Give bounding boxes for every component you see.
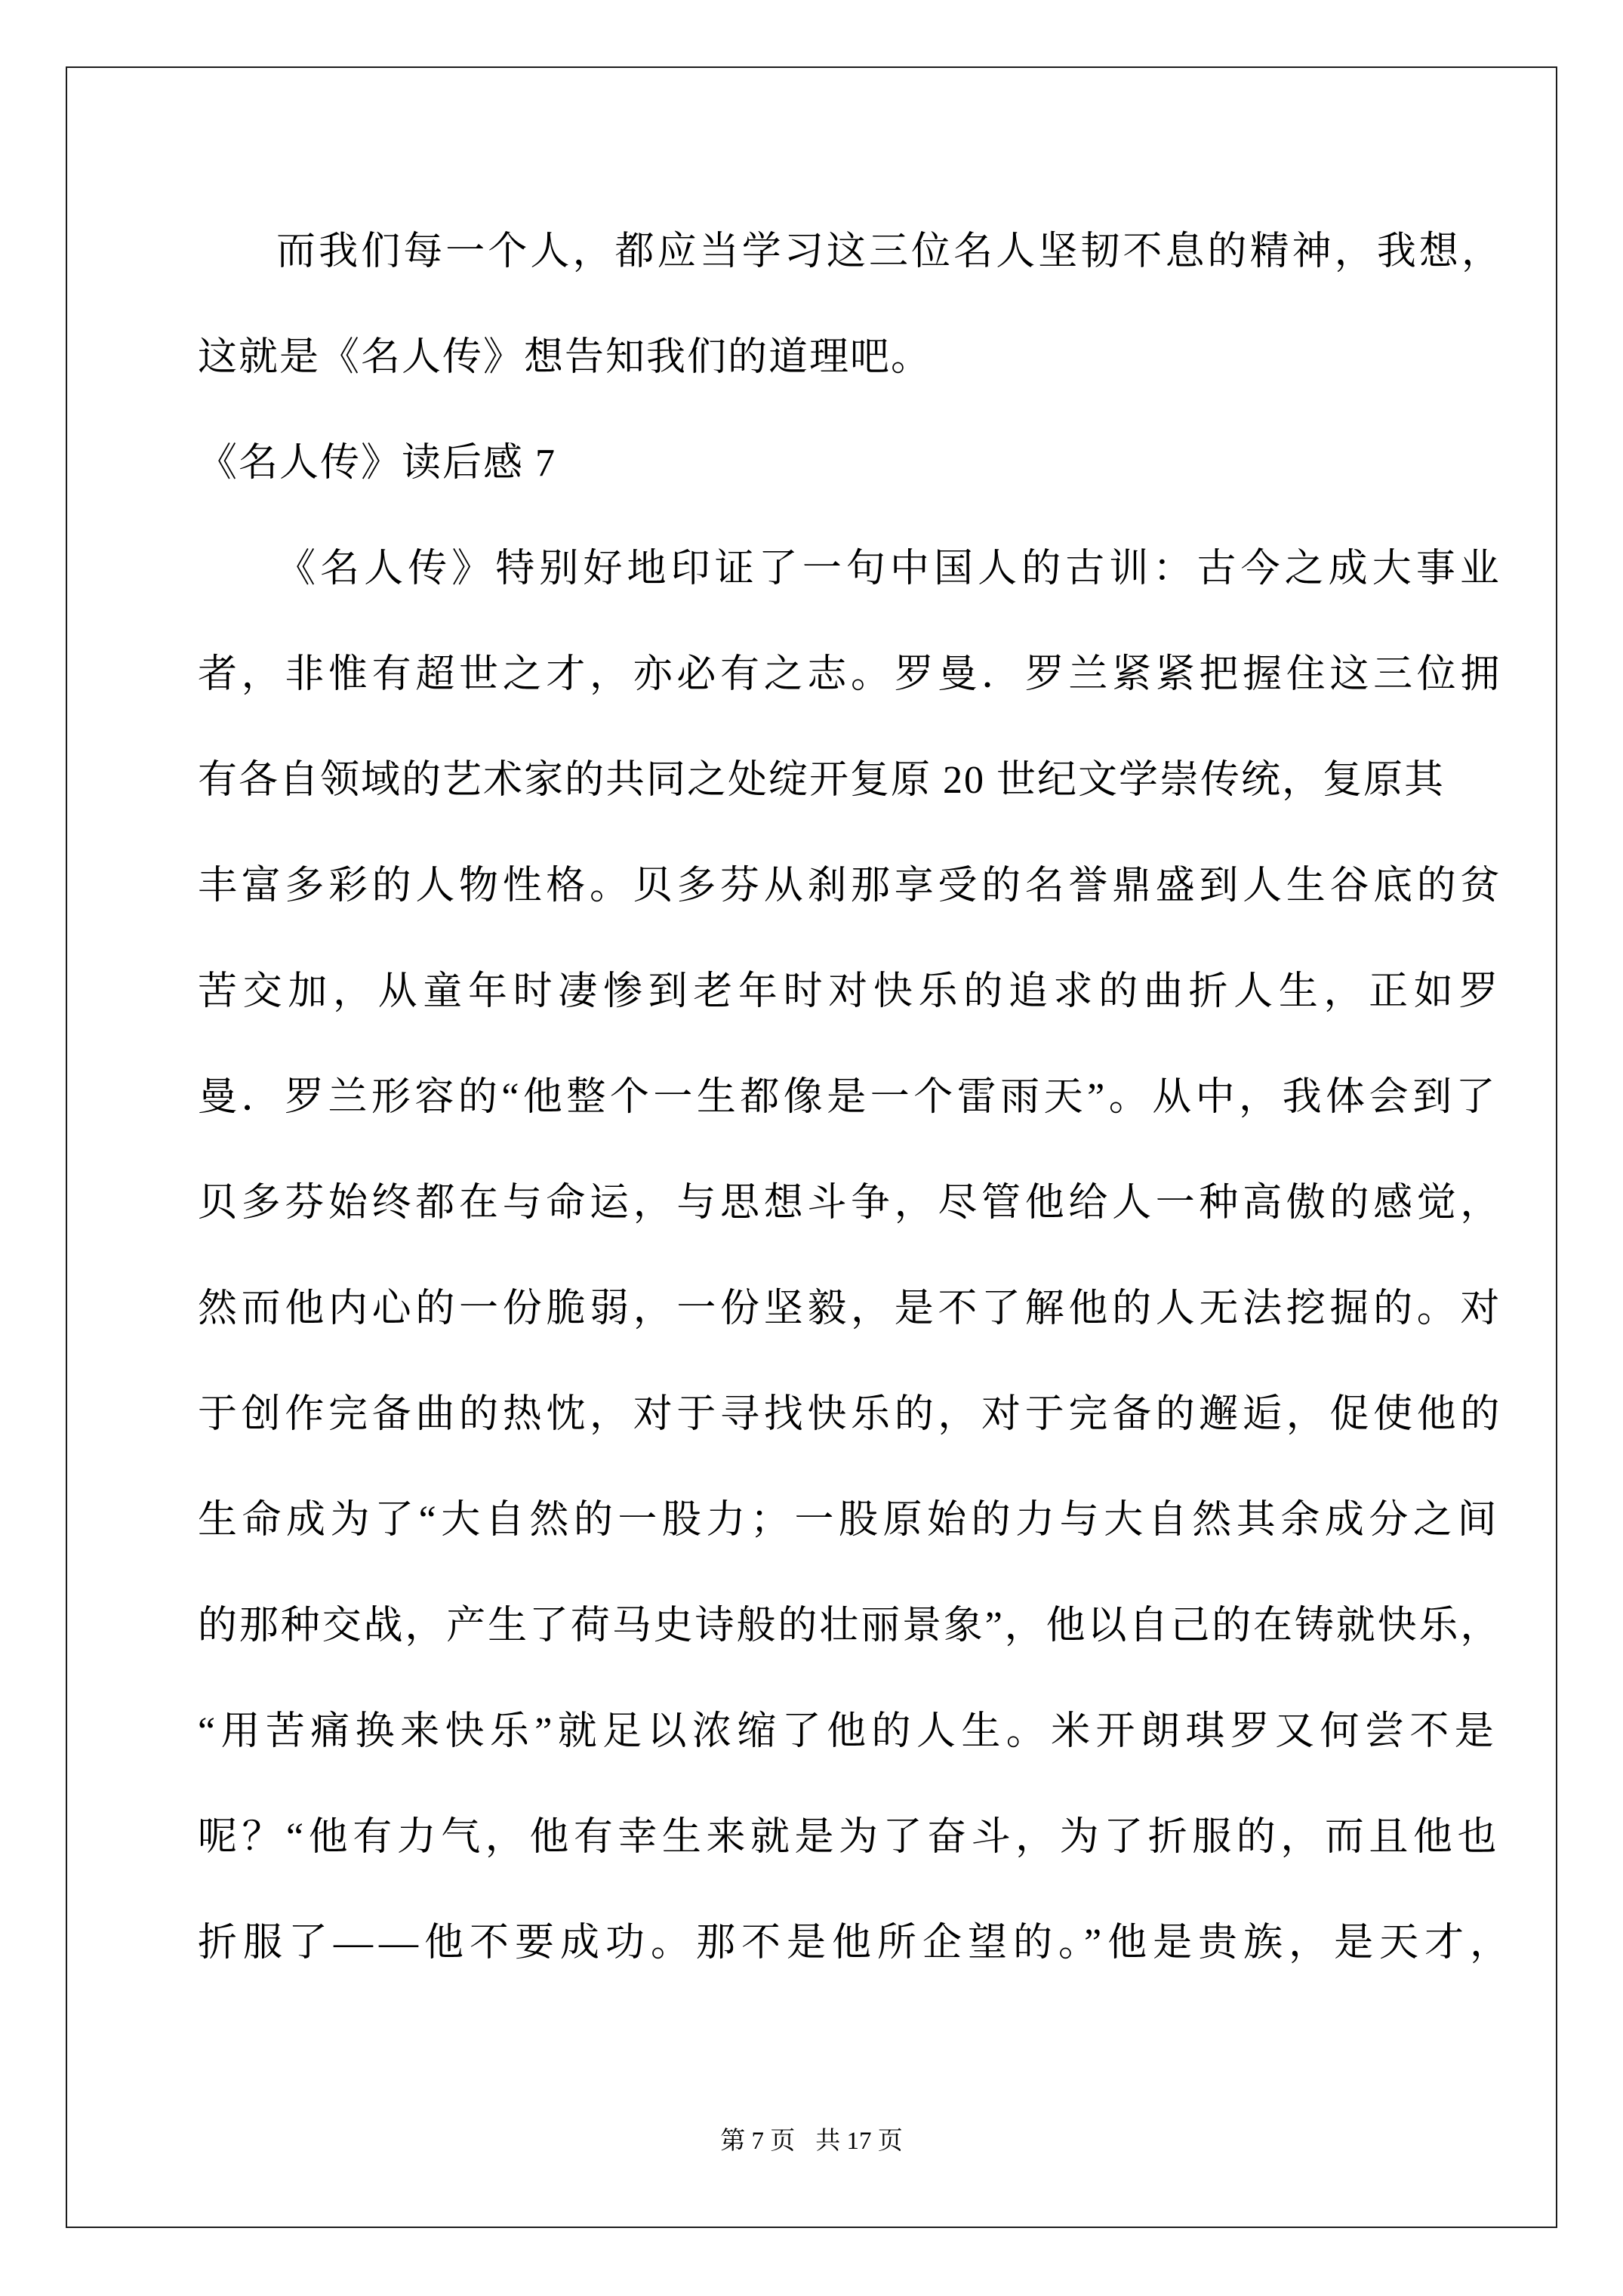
text-line: 《名人传》特别好地印证了一句中国人的古训：古今之成大事业 (198, 516, 1504, 622)
text-line: “用苦痛换来快乐”就足以浓缩了他的人生。米开朗琪罗又何尝不是 (198, 1679, 1504, 1785)
text-line: 有各自领域的艺术家的共同之处绽开复原 20 世纪文学崇传统，复原其 (198, 728, 1504, 834)
page-footer: 第 7 页 共 17 页 (0, 2123, 1623, 2159)
text-line: 者，非惟有超世之才，亦必有之志。罗曼．罗兰紧紧把握住这三位拥 (198, 622, 1504, 728)
text-line: 丰富多彩的人物性格。贝多芬从刹那享受的名誉鼎盛到人生谷底的贫 (198, 834, 1504, 939)
text-line: 《名人传》读后感 7 (198, 411, 1504, 516)
text-line: 的那种交战，产生了荷马史诗般的壮丽景象”，他以自己的在铸就快乐， (198, 1573, 1504, 1679)
text-line: 于创作完备曲的热忱，对于寻找快乐的，对于完备的邂逅，促使他的 (198, 1362, 1504, 1468)
document-body: 而我们每一个人，都应当学习这三位名人坚韧不息的精神，我想，这就是《名人传》想告知… (198, 199, 1504, 1996)
text-line: 苦交加，从童年时凄惨到老年时对快乐的追求的曲折人生，正如罗 (198, 939, 1504, 1045)
text-line: 贝多芬始终都在与命运，与思想斗争，尽管他给人一种高傲的感觉， (198, 1151, 1504, 1256)
text-line: 生命成为了“大自然的一股力；一股原始的力与大自然其余成分之间 (198, 1468, 1504, 1573)
footer-page-number: 第 7 页 (720, 2123, 795, 2159)
text-line: 而我们每一个人，都应当学习这三位名人坚韧不息的精神，我想， (198, 199, 1504, 305)
footer-total-pages: 共 17 页 (815, 2123, 903, 2159)
text-line: 呢？“他有力气，他有幸生来就是为了奋斗，为了折服的，而且他也 (198, 1785, 1504, 1891)
text-line: 折服了——他不要成功。那不是他所企望的。”他是贵族，是天才， (198, 1891, 1504, 1996)
text-line: 然而他内心的一份脆弱，一份坚毅，是不了解他的人无法挖掘的。对 (198, 1256, 1504, 1362)
text-line: 这就是《名人传》想告知我们的道理吧。 (198, 305, 1504, 411)
text-line: 曼．罗兰形容的“他整个一生都像是一个雷雨天”。从中，我体会到了 (198, 1045, 1504, 1151)
